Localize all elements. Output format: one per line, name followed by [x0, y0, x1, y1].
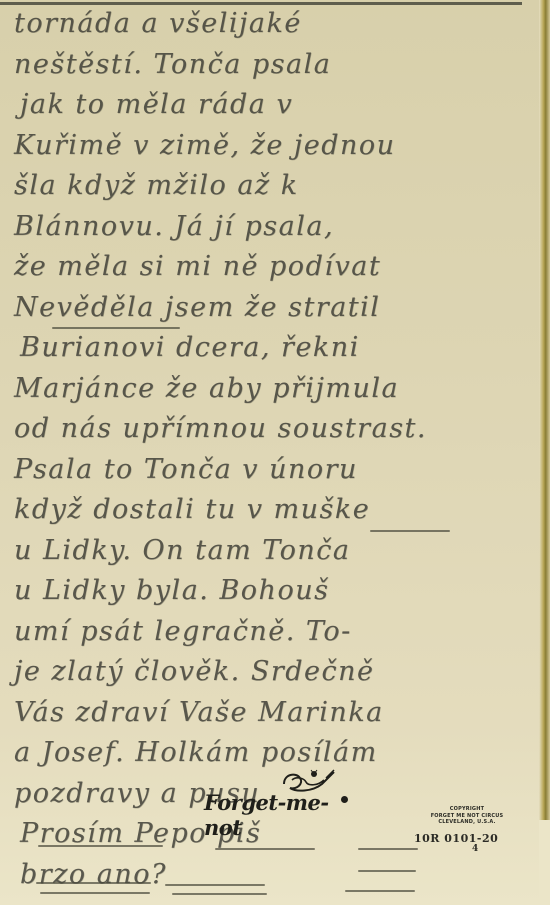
underline-ano	[165, 884, 265, 886]
letter-line: Nevěděla jsem že stratil	[14, 288, 544, 329]
letter-line: Psala to Tonča v únoru	[14, 450, 544, 491]
copyright-line: CLEVELAND, U.S.A.	[412, 819, 522, 826]
letter-line: Blánnovu. Já jí psala,	[14, 207, 544, 248]
letter-line: Kuřimě v zimě, že jednou	[14, 126, 544, 167]
underline-right-2	[345, 890, 415, 892]
letter-line: jak to měla ráda v	[14, 85, 544, 126]
letter-line: Vás zdraví Vaše Marinka	[14, 693, 544, 734]
letter-line: když dostali tu v muške	[14, 490, 544, 531]
underline-nevedela	[52, 327, 180, 329]
letter-line: Burianovi dcera, řekni	[14, 328, 544, 369]
copyright-block: COPYRIGHT FORGET ME NOT CIRCUS CLEVELAND…	[412, 806, 522, 854]
letter-line: tornáda a všelijaké	[14, 4, 544, 45]
letter-line: od nás upřímnou soustrast.	[14, 409, 544, 450]
letter-line: je zlatý člověk. Srdečně	[14, 652, 544, 693]
product-subcode: 4	[412, 845, 522, 854]
underline-prosim	[38, 845, 163, 847]
underline-ano-2	[172, 893, 267, 895]
product-code: 10R 0101-20	[412, 832, 522, 845]
brand-name: Forget-me-not	[204, 790, 360, 840]
underline-brzo-2	[40, 892, 150, 894]
underline-right	[358, 870, 416, 872]
letter-line: neštěstí. Tonča psala	[14, 45, 544, 86]
forget-me-not-logo: Forget-me-not	[200, 768, 360, 828]
handwritten-text: tornáda a všelijaké neštěstí. Tonča psal…	[14, 4, 544, 895]
underline-muske	[370, 530, 450, 532]
letter-line: umí psát legračně. To-	[14, 612, 544, 653]
letter-line: u Lidky. On tam Tonča	[14, 531, 544, 572]
underline-pis	[358, 848, 418, 850]
letter-line: brzo ano?	[14, 855, 544, 896]
letter-line: u Lidky byla. Bohouš	[14, 571, 544, 612]
registered-dot	[341, 796, 348, 803]
letter-line: šla když mžilo až k	[14, 166, 544, 207]
letter-page: tornáda a všelijaké neštěstí. Tonča psal…	[0, 0, 550, 905]
underline-brzo	[36, 882, 151, 884]
letter-line: že měla si mi ně podívat	[14, 247, 544, 288]
letter-line: Marjánce že aby přijmula	[14, 369, 544, 410]
underline-prosim-2	[215, 848, 315, 850]
